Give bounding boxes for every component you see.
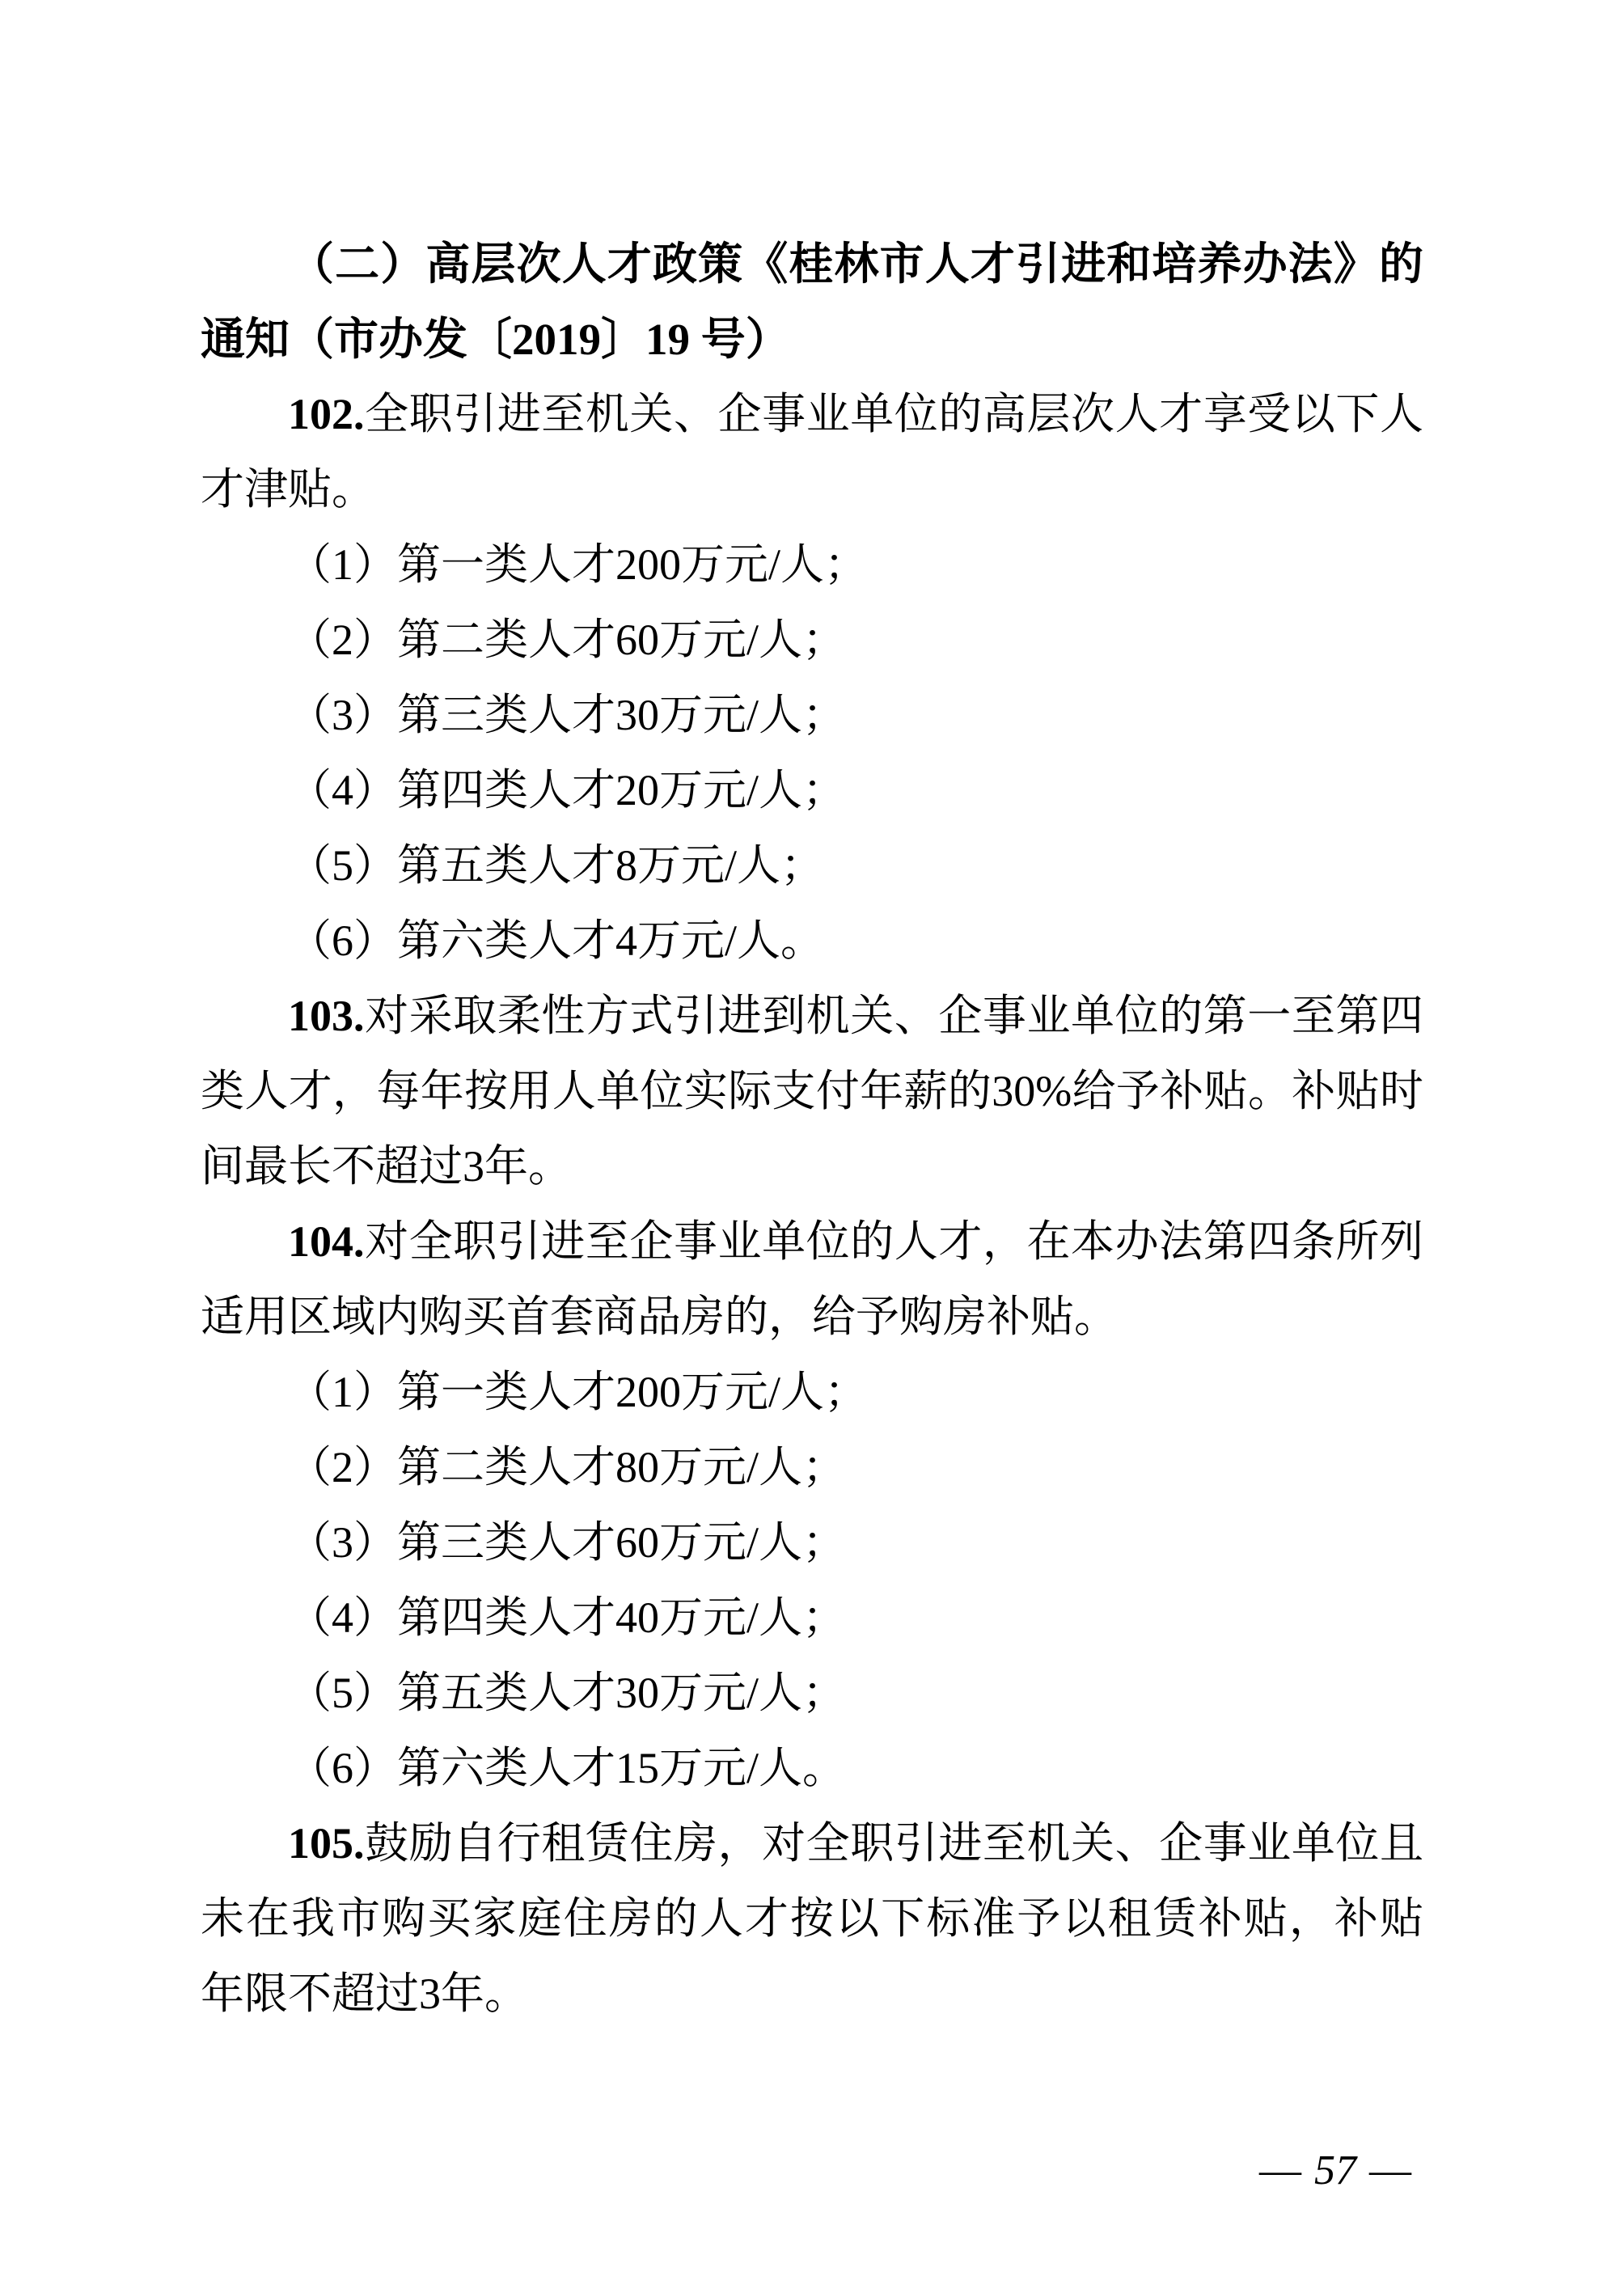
list-104-item-4: （4）第四类人才40万元/人； bbox=[201, 1580, 1423, 1656]
paragraph-104-line-2: 适用区域内购买首套商品房的，给予购房补贴。 bbox=[201, 1280, 1423, 1355]
paragraph-103-line-1: 103.对采取柔性方式引进到机关、企事业单位的第一至第四 bbox=[201, 979, 1423, 1054]
list-104-item-1: （1）第一类人才200万元/人； bbox=[201, 1355, 1423, 1430]
paragraph-102-line-1: 102.全职引进至机关、企事业单位的高层次人才享受以下人 bbox=[201, 377, 1423, 452]
paragraph-105-line-1: 105.鼓励自行租赁住房，对全职引进至机关、企事业单位且 bbox=[201, 1806, 1423, 1881]
paragraph-104-text: 对全职引进至企事业单位的人才，在本办法第四条所列 bbox=[365, 1217, 1424, 1266]
paragraph-103-number: 103. bbox=[288, 992, 365, 1040]
list-102-item-6: （6）第六类人才4万元/人。 bbox=[201, 903, 1423, 979]
list-102-item-2: （2）第二类人才60万元/人； bbox=[201, 603, 1423, 678]
paragraph-104-line-1: 104.对全职引进至企事业单位的人才，在本办法第四条所列 bbox=[201, 1204, 1423, 1280]
list-102-item-4: （4）第四类人才20万元/人； bbox=[201, 753, 1423, 828]
paragraph-103-line-3: 间最长不超过3年。 bbox=[201, 1129, 1423, 1204]
page-footer: —57— bbox=[1259, 2148, 1411, 2194]
paragraph-104-number: 104. bbox=[288, 1217, 365, 1266]
list-102-item-5: （5）第五类人才8万元/人； bbox=[201, 828, 1423, 903]
heading-line-1: （二）高层次人才政策《桂林市人才引进和培养办法》的 bbox=[201, 226, 1423, 302]
list-102-item-1: （1）第一类人才200万元/人； bbox=[201, 527, 1423, 603]
paragraph-105-line-2: 未在我市购买家庭住房的人才按以下标准予以租赁补贴，补贴 bbox=[201, 1881, 1423, 1957]
paragraph-103-text: 对采取柔性方式引进到机关、企事业单位的第一至第四 bbox=[365, 992, 1424, 1040]
list-104-item-2: （2）第二类人才80万元/人； bbox=[201, 1430, 1423, 1505]
list-104-item-5: （5）第五类人才30万元/人； bbox=[201, 1656, 1423, 1731]
list-104-item-6: （6）第六类人才15万元/人。 bbox=[201, 1731, 1423, 1806]
list-102-item-3: （3）第三类人才30万元/人； bbox=[201, 678, 1423, 753]
paragraph-102-number: 102. bbox=[288, 390, 365, 438]
heading-line-2: 通知（市办发〔2019〕19 号） bbox=[201, 302, 1423, 377]
paragraph-105-text: 鼓励自行租赁住房，对全职引进至机关、企事业单位且 bbox=[365, 1819, 1424, 1868]
list-104-item-3: （3）第三类人才60万元/人； bbox=[201, 1505, 1423, 1580]
document-body: （二）高层次人才政策《桂林市人才引进和培养办法》的 通知（市办发〔2019〕19… bbox=[201, 226, 1423, 2032]
paragraph-103-line-2: 类人才，每年按用人单位实际支付年薪的30%给予补贴。补贴时 bbox=[201, 1054, 1423, 1129]
page-number-right-dash: — bbox=[1369, 2147, 1411, 2194]
page-number: 57 bbox=[1314, 2147, 1356, 2194]
document-page: （二）高层次人才政策《桂林市人才引进和培养办法》的 通知（市办发〔2019〕19… bbox=[0, 0, 1624, 2293]
paragraph-102-text: 全职引进至机关、企事业单位的高层次人才享受以下人 bbox=[365, 390, 1424, 438]
paragraph-102-line-2: 才津贴。 bbox=[201, 452, 1423, 527]
page-number-left-dash: — bbox=[1259, 2147, 1301, 2194]
paragraph-105-number: 105. bbox=[288, 1819, 365, 1868]
paragraph-105-line-3: 年限不超过3年。 bbox=[201, 1957, 1423, 2032]
